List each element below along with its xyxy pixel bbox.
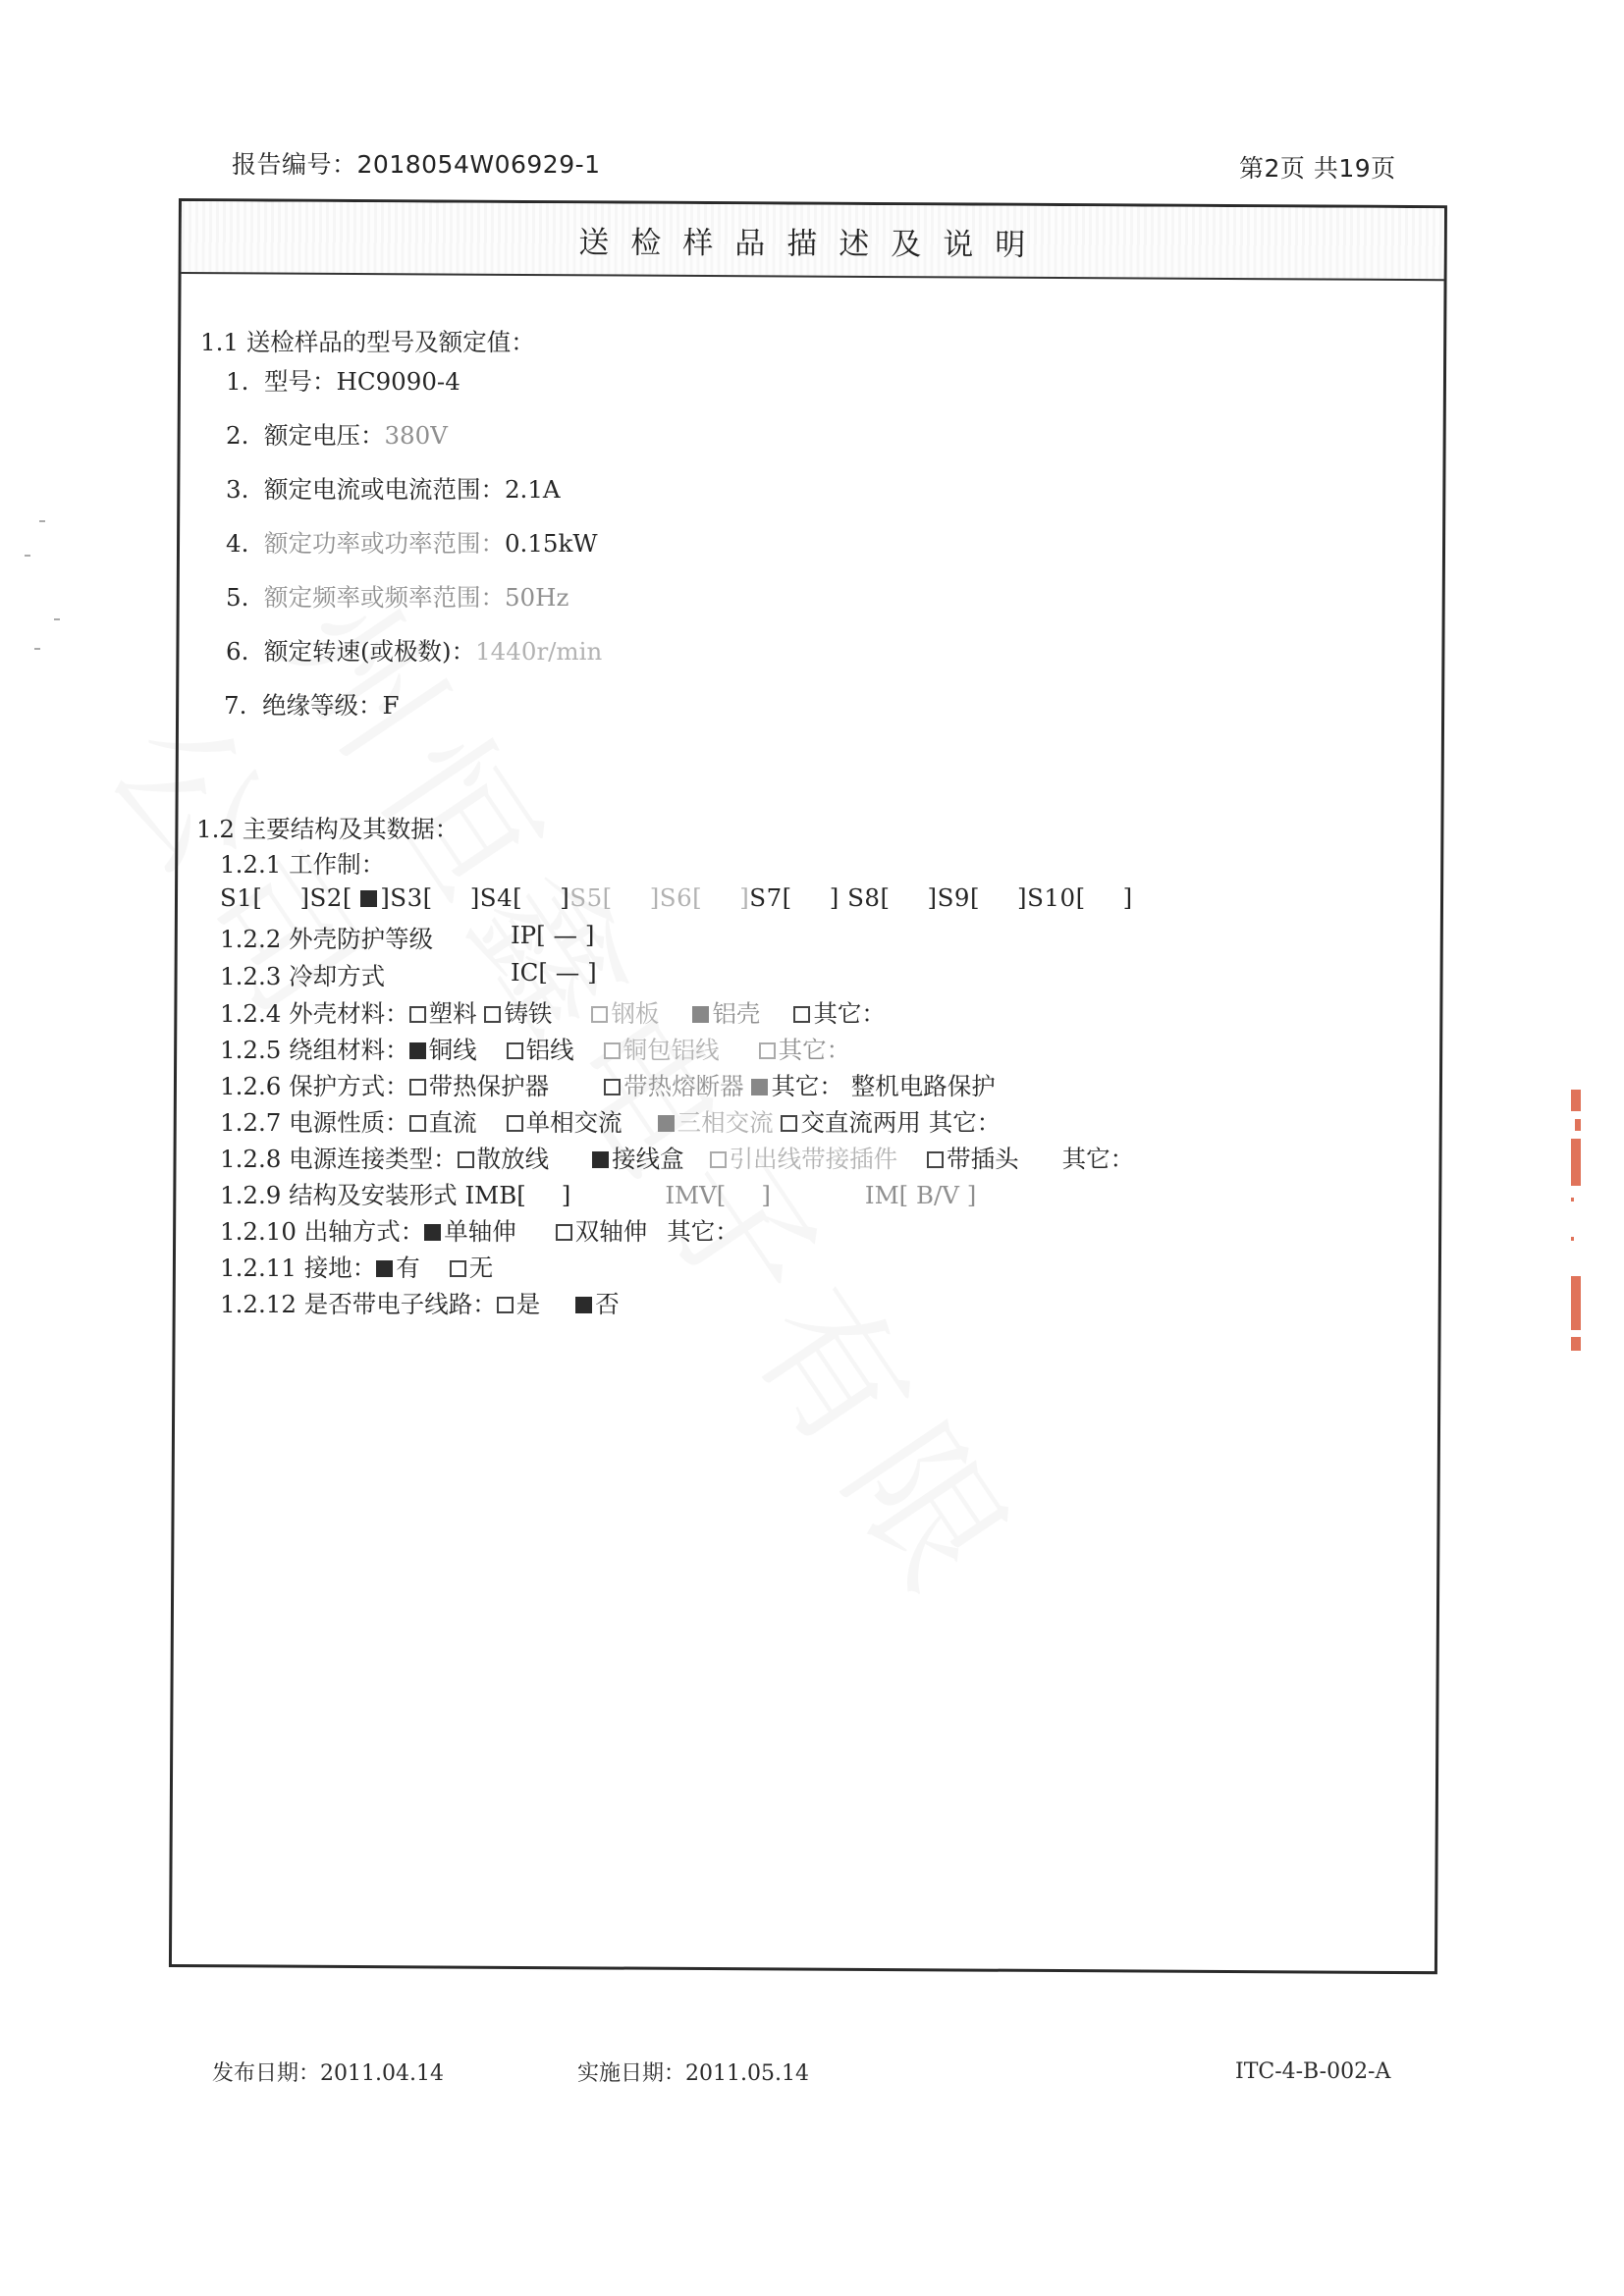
mounting-im-field[interactable]: IM[ B/V ] (865, 1181, 976, 1209)
duty-s5[interactable]: S5[] (569, 883, 660, 912)
item-value: HC9090-4 (336, 367, 460, 396)
option-label: 其它： (779, 1036, 851, 1064)
winding-label: 1.2.5 绕组材料： (220, 1036, 409, 1064)
power-label: 1.2.7 电源性质： (220, 1108, 409, 1137)
option-label: S4 (480, 883, 513, 912)
item-no: 3. (226, 475, 248, 504)
duty-s8[interactable]: S8[] (847, 883, 938, 912)
scan-speck (54, 618, 60, 620)
option-label: S1 (220, 883, 252, 912)
housing-row: 1.2.4 外壳材料：塑料 铸铁钢板铝壳其它： (220, 995, 886, 1030)
option-label: 无 (469, 1254, 494, 1282)
option-label: 接线盒 (612, 1145, 684, 1173)
im-close: ] (967, 1181, 977, 1209)
imb-close: ] (562, 1181, 571, 1209)
option-label: S10 (1027, 883, 1075, 912)
item-no: 2. (226, 421, 248, 450)
option-label: 铝壳 (712, 999, 760, 1028)
checked-box-icon (575, 1297, 592, 1313)
power-option-three-phase[interactable]: 三相交流 (658, 1108, 774, 1137)
item-label: 额定频率或频率范围： (264, 583, 505, 612)
protection-other-value: 整机电路保护 (851, 1072, 996, 1100)
connection-other-label: 其它： (1062, 1145, 1135, 1173)
issue-date: 发布日期：2011.04.14 (212, 2056, 444, 2087)
shaft-other-label: 其它： (667, 1217, 739, 1246)
checked-box-icon (409, 1042, 426, 1059)
scan-speck (39, 520, 45, 522)
option-label: S7 (749, 883, 782, 912)
scan-speck (34, 648, 40, 650)
duty-s7[interactable]: S7[] (749, 883, 839, 912)
option-label: 带热保护器 (429, 1072, 550, 1100)
option-label: 带热熔断器 (623, 1072, 744, 1100)
housing-option-steel[interactable]: 钢板 (591, 999, 659, 1028)
electronic-option-yes[interactable]: 是 (497, 1290, 541, 1318)
connection-option-loose-leads[interactable]: 散放线 (458, 1145, 550, 1173)
housing-option-plastic[interactable]: 塑料 (409, 999, 477, 1028)
rating-item-speed: 6. 额定转速(或极数)：1440r/min (226, 633, 602, 667)
item-label: 绝缘等级： (262, 691, 383, 720)
page-title: 送检样品描述及说明 (182, 215, 1444, 266)
title-band: 送检样品描述及说明 (182, 201, 1444, 281)
ip-field[interactable]: IP[ — ] (511, 921, 594, 949)
winding-option-ccaw[interactable]: 铜包铝线 (604, 1036, 720, 1064)
winding-row: 1.2.5 绕组材料：铜线铝线铜包铝线其它： (220, 1032, 850, 1066)
connection-label: 1.2.8 电源连接类型： (220, 1145, 458, 1173)
shaft-label: 1.2.10 出轴方式： (220, 1217, 424, 1246)
option-label: S8 (847, 883, 880, 912)
ic-label: 1.2.3 冷却方式 (220, 962, 385, 990)
option-label: 否 (595, 1290, 620, 1318)
option-label: 是 (516, 1290, 541, 1318)
mounting-imv-field[interactable]: IMV[] (665, 1181, 771, 1209)
effective-date: 实施日期：2011.05.14 (577, 2056, 809, 2087)
checkbox-icon (409, 1006, 426, 1023)
option-label: 单轴伸 (444, 1217, 516, 1246)
ic-field[interactable]: IC[ — ] (511, 958, 597, 987)
ip-suffix: ] (585, 921, 595, 949)
checked-box-icon (751, 1079, 768, 1095)
checkbox-icon (710, 1151, 727, 1168)
im-prefix: IM[ (865, 1181, 908, 1209)
duty-s4[interactable]: S4[] (480, 883, 570, 912)
grounding-label: 1.2.11 接地： (220, 1254, 376, 1282)
option-label: 交直流两用 (800, 1108, 921, 1137)
option-label: 三相交流 (677, 1108, 774, 1137)
checked-box-icon (592, 1151, 609, 1168)
winding-option-aluminum[interactable]: 铝线 (507, 1036, 574, 1064)
section-1-2-heading: 1.2 主要结构及其数据： (196, 811, 459, 845)
mounting-row: 1.2.9 结构及安装形式 IMB[]IMV[]IM[ B/V ] (220, 1177, 976, 1211)
item-no: 7. (224, 691, 246, 720)
protection-row: 1.2.6 保护方式：带热保护器带热熔断器 其它： 整机电路保护 (220, 1068, 996, 1102)
option-label: 其它： (771, 1072, 843, 1100)
winding-option-copper[interactable]: 铜线 (409, 1036, 477, 1064)
checkbox-icon (409, 1115, 426, 1132)
duty-s2[interactable]: S2[ ] (310, 883, 391, 912)
connection-option-connector[interactable]: 引出线带接插件 (710, 1145, 898, 1173)
im-value: B/V (916, 1181, 959, 1209)
connection-option-terminal-box[interactable]: 接线盒 (592, 1145, 684, 1173)
connection-row: 1.2.8 电源连接类型：散放线接线盒引出线带接插件带插头其它： (220, 1141, 1134, 1175)
option-label: 钢板 (611, 999, 659, 1028)
option-label: S9 (938, 883, 970, 912)
rating-item-frequency: 5. 额定频率或频率范围：50Hz (226, 579, 568, 614)
item-label: 额定转速(或极数)： (264, 637, 475, 666)
housing-option-cast-iron[interactable]: 铸铁 (484, 999, 552, 1028)
option-label: S2 (310, 883, 343, 912)
ip-prefix: IP[ (511, 921, 546, 949)
imb-prefix: IMB[ (464, 1181, 525, 1209)
housing-option-other[interactable]: 其它： (793, 999, 886, 1028)
duty-s10[interactable]: S10[] (1027, 883, 1133, 912)
power-row: 1.2.7 电源性质：直流单相交流三相交流 交直流两用 其它： (220, 1104, 1001, 1139)
housing-label: 1.2.4 外壳材料： (220, 999, 409, 1028)
housing-option-aluminum[interactable]: 铝壳 (692, 999, 760, 1028)
checkbox-icon (450, 1260, 466, 1277)
option-label: 直流 (429, 1108, 477, 1137)
ip-label: 1.2.2 外壳防护等级 (220, 925, 433, 953)
scan-speck (25, 555, 30, 557)
item-no: 4. (226, 529, 248, 558)
electronic-option-no[interactable]: 否 (575, 1290, 620, 1318)
item-no: 1. (226, 367, 248, 396)
checked-box-icon (376, 1260, 393, 1277)
option-label: 铸铁 (504, 999, 552, 1028)
option-label: 双轴伸 (575, 1217, 648, 1246)
report-number-value: 2018054W06929-1 (357, 150, 601, 179)
report-number: 报告编号：2018054W06929-1 (232, 145, 601, 181)
checkbox-icon (781, 1115, 797, 1132)
option-label: 铜包铝线 (623, 1036, 720, 1064)
connection-option-plug[interactable]: 带插头 (927, 1145, 1019, 1173)
rating-item-current: 3. 额定电流或电流范围：2.1A (226, 471, 561, 506)
option-label: 其它： (813, 999, 886, 1028)
duty-s1[interactable]: S1[] (220, 883, 310, 912)
item-value: 1440r/min (475, 637, 602, 666)
checkbox-icon (793, 1006, 810, 1023)
option-label: 带插头 (947, 1145, 1019, 1173)
option-label: 有 (396, 1254, 420, 1282)
protection-label: 1.2.6 保护方式： (220, 1072, 409, 1100)
shaft-option-single[interactable]: 单轴伸 (424, 1217, 516, 1246)
item-value: 2.1A (505, 475, 561, 504)
checkbox-icon (507, 1042, 523, 1059)
checked-box-icon (424, 1224, 441, 1241)
shaft-option-double[interactable]: 双轴伸 (556, 1217, 648, 1246)
checkbox-icon (484, 1006, 501, 1023)
checked-box-icon (360, 890, 377, 907)
checkbox-icon (409, 1079, 426, 1095)
seal-stamp-fragment (1571, 1090, 1585, 1355)
section-1-1-heading: 1.1 送检样品的型号及额定值： (200, 324, 535, 358)
checkbox-icon (759, 1042, 776, 1059)
checkbox-icon (604, 1079, 621, 1095)
item-value: 380V (384, 421, 447, 450)
checkbox-icon (497, 1297, 514, 1313)
checkbox-icon (458, 1151, 474, 1168)
duty-options: S1[]S2[ ]S3[]S4[]S5[]S6[]S7[] S8[]S9[]S1… (220, 883, 1133, 912)
option-label: 铝线 (526, 1036, 574, 1064)
checkbox-icon (604, 1042, 621, 1059)
ic-prefix: IC[ (511, 958, 548, 987)
rating-item-voltage: 2. 额定电压：380V (226, 417, 448, 452)
electronic-row: 1.2.12 是否带电子线路：是否 (220, 1286, 620, 1320)
shaft-row: 1.2.10 出轴方式：单轴伸双轴伸其它： (220, 1213, 739, 1248)
rating-item-model: 1. 型号：HC9090-4 (226, 363, 460, 398)
checked-box-icon (658, 1115, 675, 1132)
ic-suffix: ] (587, 958, 597, 987)
winding-option-other[interactable]: 其它： (759, 1036, 851, 1064)
rating-item-insulation: 7. 绝缘等级：F (224, 687, 399, 721)
option-label: S5 (569, 883, 602, 912)
mounting-imb-field[interactable]: IMB[] (464, 1181, 570, 1209)
duty-s6[interactable]: S6[] (660, 883, 750, 912)
ic-row: 1.2.3 冷却方式 (220, 958, 385, 992)
option-label: S6 (660, 883, 692, 912)
protection-option-thermal-protector[interactable]: 带热保护器 (409, 1072, 550, 1100)
document-code: ITC-4-B-002-A (1235, 2059, 1390, 2084)
protection-option-other[interactable]: 其它： (751, 1072, 843, 1100)
item-value: 50Hz (505, 583, 568, 612)
grounding-option-no[interactable]: 无 (450, 1254, 494, 1282)
option-label: 铜线 (429, 1036, 477, 1064)
ic-value: — (556, 958, 580, 987)
duty-label: 1.2.1 工作制： (220, 846, 385, 881)
option-label: S3 (390, 883, 422, 912)
item-no: 5. (226, 583, 248, 612)
protection-option-thermal-fuse[interactable]: 带热熔断器 (604, 1072, 744, 1100)
ip-row: 1.2.2 外壳防护等级 (220, 921, 433, 955)
report-number-label: 报告编号： (232, 150, 357, 179)
page-info: 第2页 共19页 (1239, 149, 1396, 185)
checkbox-icon (507, 1115, 523, 1132)
checked-box-icon (692, 1006, 709, 1023)
item-no: 6. (226, 637, 248, 666)
item-label: 额定电流或电流范围： (264, 475, 505, 504)
item-value: F (382, 691, 399, 720)
item-value: 0.15kW (505, 529, 598, 558)
option-label: 塑料 (429, 999, 477, 1028)
grounding-option-yes[interactable]: 有 (376, 1254, 420, 1282)
item-label: 型号： (264, 367, 337, 396)
power-option-ac-dc[interactable]: 交直流两用 (781, 1108, 921, 1137)
item-label: 额定电压： (264, 421, 385, 450)
duty-s9[interactable]: S9[] (938, 883, 1028, 912)
imv-close: ] (761, 1181, 771, 1209)
imv-prefix: IMV[ (665, 1181, 726, 1209)
checkbox-icon (927, 1151, 944, 1168)
option-label: 单相交流 (526, 1108, 623, 1137)
mounting-label: 1.2.9 结构及安装形式 (220, 1181, 458, 1209)
electronic-label: 1.2.12 是否带电子线路： (220, 1290, 497, 1318)
duty-s3[interactable]: S3[] (390, 883, 480, 912)
power-other-label: 其它： (929, 1108, 1001, 1137)
checkbox-icon (556, 1224, 572, 1241)
checkbox-icon (591, 1006, 608, 1023)
option-label: 引出线带接插件 (730, 1145, 898, 1173)
grounding-row: 1.2.11 接地：有无 (220, 1250, 493, 1284)
item-label: 额定功率或功率范围： (264, 529, 505, 558)
power-option-single-phase[interactable]: 单相交流 (507, 1108, 623, 1137)
option-label: 散放线 (477, 1145, 550, 1173)
power-option-dc[interactable]: 直流 (409, 1108, 477, 1137)
rating-item-power: 4. 额定功率或功率范围：0.15kW (226, 525, 598, 560)
ip-value: — (554, 921, 578, 949)
